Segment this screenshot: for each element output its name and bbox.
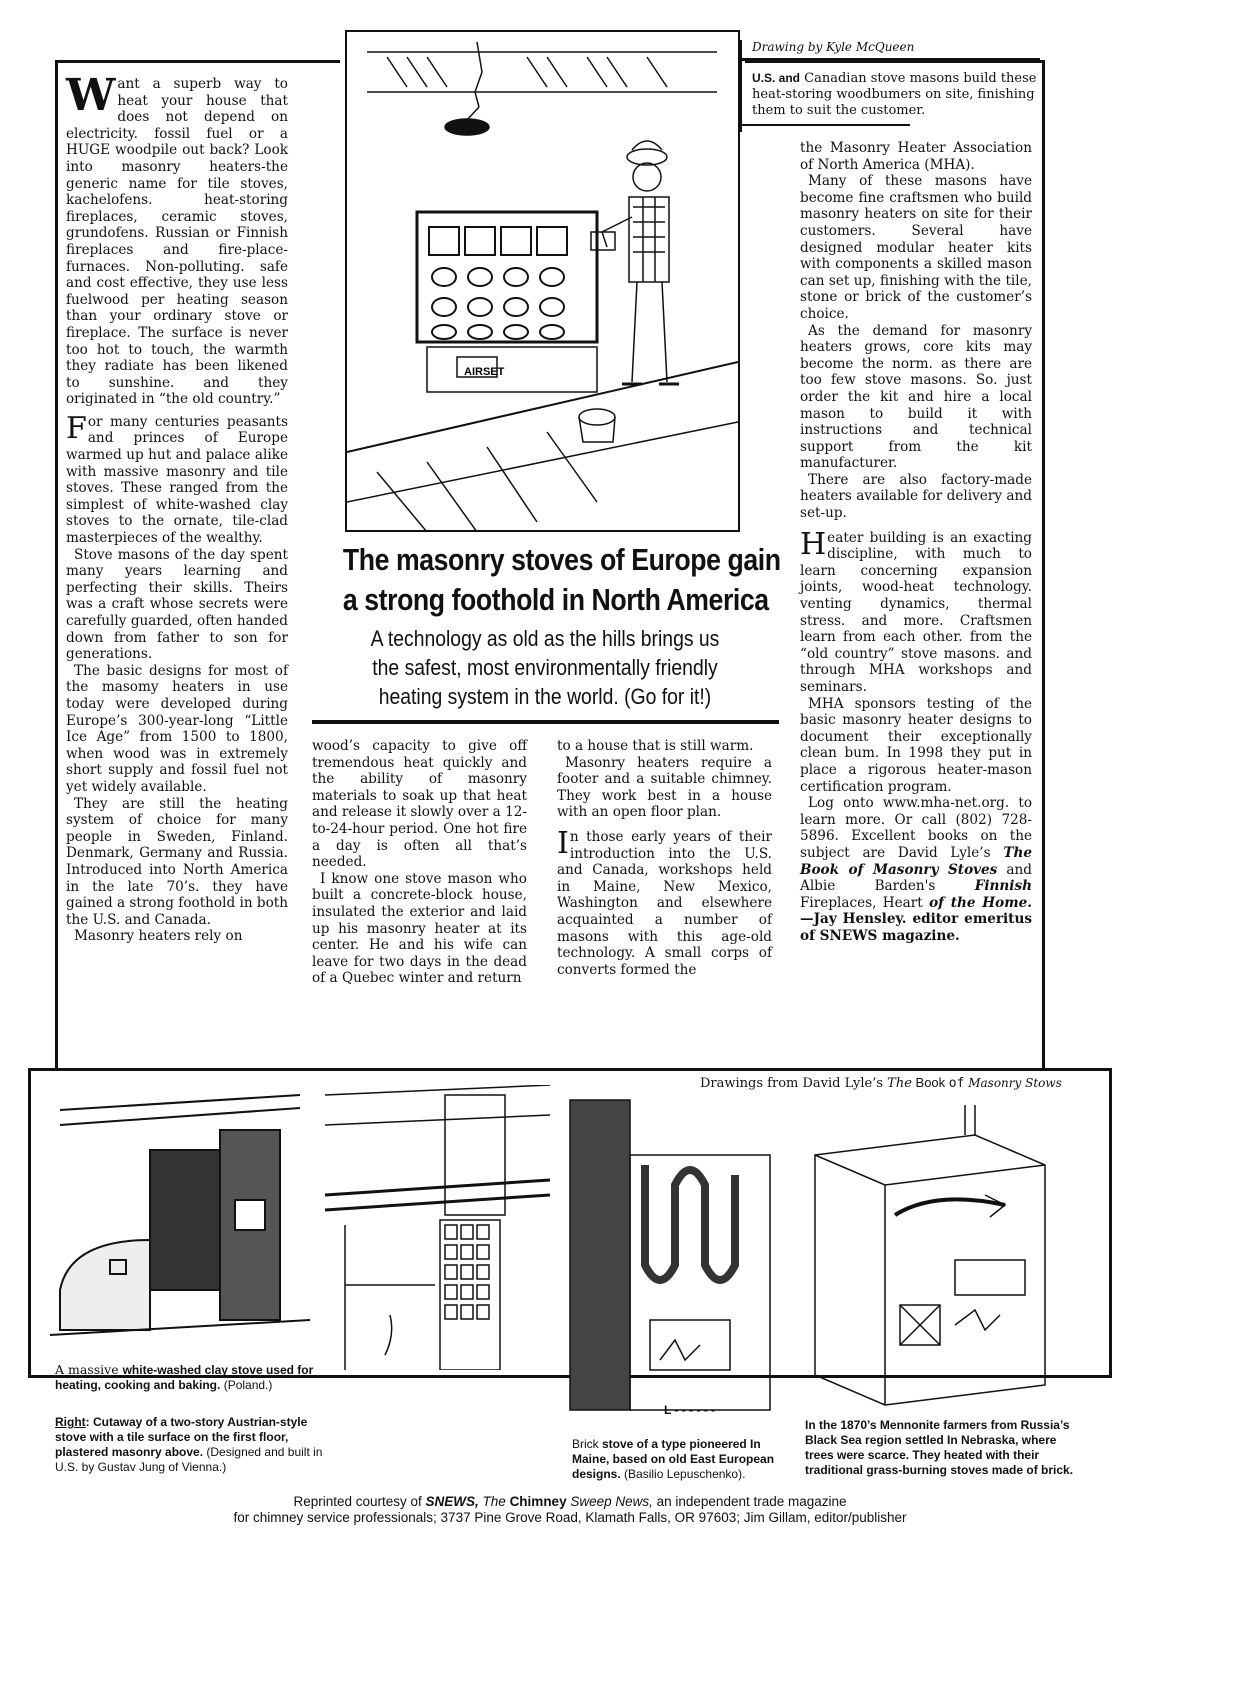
drop-cap-f: F	[66, 416, 87, 442]
caption-rule	[740, 124, 910, 126]
headline-line-2: a strong foothold in North America	[343, 580, 747, 620]
paragraph: the Masonry Heater Association of North …	[800, 140, 1032, 173]
subhead-line-2: the safest, most environmentally friendl…	[338, 653, 752, 682]
drawing-caption-3: Brick stove of a type pioneered In Maine…	[572, 1437, 792, 1482]
mason-drawing-icon: AIRSET	[347, 32, 738, 530]
paragraph: eater building is an exacting discipline…	[800, 530, 1032, 695]
reprint-footer: Reprinted courtesy of SNEWS, The Chimney…	[220, 1494, 920, 1526]
paragraph: They are still the heating system of cho…	[66, 796, 288, 929]
paragraph: wood’s capacity to give off tremendous h…	[312, 738, 527, 871]
caption-bold-lead: U.S. and	[752, 71, 800, 85]
grass-stove-drawing-icon	[805, 1095, 1055, 1410]
paragraph: Stove masons of the day spent many years…	[66, 547, 288, 663]
paragraph: or many centuries peasants and princes o…	[66, 414, 288, 546]
article-column-left: Want a superb way to heat your house tha…	[66, 76, 288, 945]
austrian-stove-drawing-icon	[325, 1085, 550, 1370]
article-column-middle-2: to a house that is still warm. Masonry h…	[557, 738, 772, 978]
drop-cap-h: H	[800, 532, 826, 558]
drawing-caption-1: A massive white-washed clay stove used f…	[55, 1362, 325, 1393]
author-signature: —Jay Hensley. editor emeritus of SNEWS m…	[800, 911, 1032, 944]
drawing-caption-2: Right: Cutaway of a two-story Austrian-s…	[55, 1415, 325, 1475]
paragraph: The basic designs for most of the masomy…	[66, 663, 288, 796]
paragraph: to a house that is still warm.	[557, 738, 772, 755]
clay-stove-drawing-icon	[50, 1090, 320, 1340]
paragraph: I know one stove mason who built a concr…	[312, 871, 527, 987]
paragraph: Log onto www.mha-net.org. to learn more.…	[800, 795, 1032, 944]
headline-block: The masonry stoves of Europe gain a stro…	[310, 540, 780, 711]
illustration-caption: U.S. and Canadian stove masons build the…	[752, 70, 1042, 119]
illustration-credit: Drawing by Kyle McQueen	[752, 40, 914, 54]
footer-line-1: Reprinted courtesy of SNEWS, The Chimney…	[220, 1494, 920, 1510]
book-title-heart-of-home: of the Home.	[929, 895, 1032, 911]
paragraph: MHA sponsors testing of the basic masonr…	[800, 696, 1032, 796]
paragraph: Masonry heaters require a footer and a s…	[557, 755, 772, 821]
paragraph: There are also factory-made heaters avai…	[800, 472, 1032, 522]
paragraph: Many of these masons have become fine cr…	[800, 173, 1032, 322]
headline-line-1: The masonry stoves of Europe gain	[343, 540, 747, 580]
book-title-finnish: Finnish	[975, 878, 1032, 894]
diagram-dashes: L - - - - - -	[664, 1403, 715, 1418]
article-column-middle-1: wood’s capacity to give off tremendous h…	[312, 738, 527, 987]
caption-divider	[740, 40, 742, 132]
drawing-caption-4: In the 1870’s Mennonite farmers from Rus…	[805, 1418, 1087, 1478]
mha-website-link[interactable]: www.mha-net.org.	[883, 795, 1009, 811]
paragraph: n those early years of their introductio…	[557, 829, 772, 978]
subhead-line-1: A technology as old as the hills brings …	[338, 624, 752, 653]
drawings-credit: Drawings from David Lyle’s The Book of M…	[700, 1075, 1062, 1091]
subhead-line-3: heating system in the world. (Go for it!…	[338, 682, 752, 711]
stove-mason-illustration: AIRSET	[345, 30, 740, 532]
brick-stove-drawing-icon	[565, 1095, 785, 1415]
drop-cap-w: W	[66, 78, 115, 114]
credit-rule	[740, 58, 1040, 61]
airset-label: AIRSET	[464, 366, 505, 378]
paragraph: ant a superb way to heat your house that…	[66, 76, 288, 407]
drop-cap-i: I	[557, 831, 569, 857]
footer-line-2: for chimney service professionals; 3737 …	[220, 1510, 920, 1526]
headline-rule	[312, 720, 779, 724]
article-column-right: the Masonry Heater Association of North …	[800, 140, 1032, 945]
paragraph: Masonry heaters rely on	[66, 928, 288, 945]
paragraph: As the demand for masonry heaters grows,…	[800, 323, 1032, 472]
